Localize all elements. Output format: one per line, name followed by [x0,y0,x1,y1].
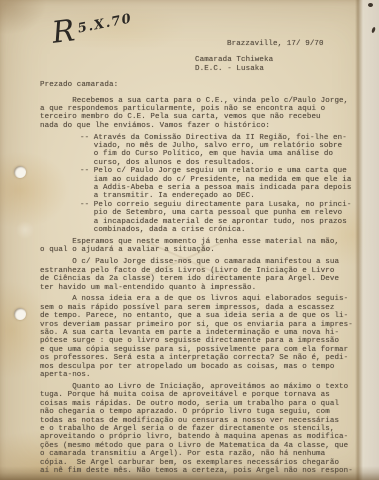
paragraph-intro: Recebemos a sua carta para o C.E., vinda… [40,97,370,131]
recipient-block: Camarada Tchiweka D.E.C. - Lusaka [195,56,273,74]
bullet-comissao-directiva: -- Através da Comissão Directiva da II R… [80,134,370,168]
paragraph-paulo-jorge: O c/ Paulo Jorge disse-nos que o camarad… [40,258,370,292]
handwritten-r-symbol: R [50,13,77,50]
punch-hole-bottom [14,308,26,320]
scanned-letter-page: R5.X.70 Brazzaville, 17/ 9/70 Camarada T… [0,0,379,480]
paragraph-livro-iniciacao: Quanto ao Livro de Iniciação, aproveitám… [40,383,370,475]
scan-speck [371,27,376,34]
bullet-correio-lusaka: -- Pelo correio seguiu directamente para… [80,201,370,235]
recipient-name: Camarada Tchiweka [195,56,273,65]
place-date-line: Brazzaville, 17/ 9/70 [227,40,324,48]
punch-hole-top [14,166,26,178]
salutation: Prezado camarada: [40,81,118,89]
scan-speck [368,3,373,7]
handwritten-date: 5.X.70 [76,11,133,36]
paragraph-esperamos: Esperamos que neste momento já tenha ess… [40,238,370,255]
letter-body: Recebemos a sua carta para o C.E., vinda… [40,93,370,475]
bullet-paulo-jorge-relatorio: -- Pelo c/ Paulo Jorge seguiu um relator… [80,167,370,201]
paragraph-nossa-ideia: A nossa ideia era a de que os livros aqu… [40,295,370,379]
recipient-org: D.E.C. - Lusaka [195,65,273,74]
handwritten-receipt-mark: R5.X.70 [50,9,134,49]
